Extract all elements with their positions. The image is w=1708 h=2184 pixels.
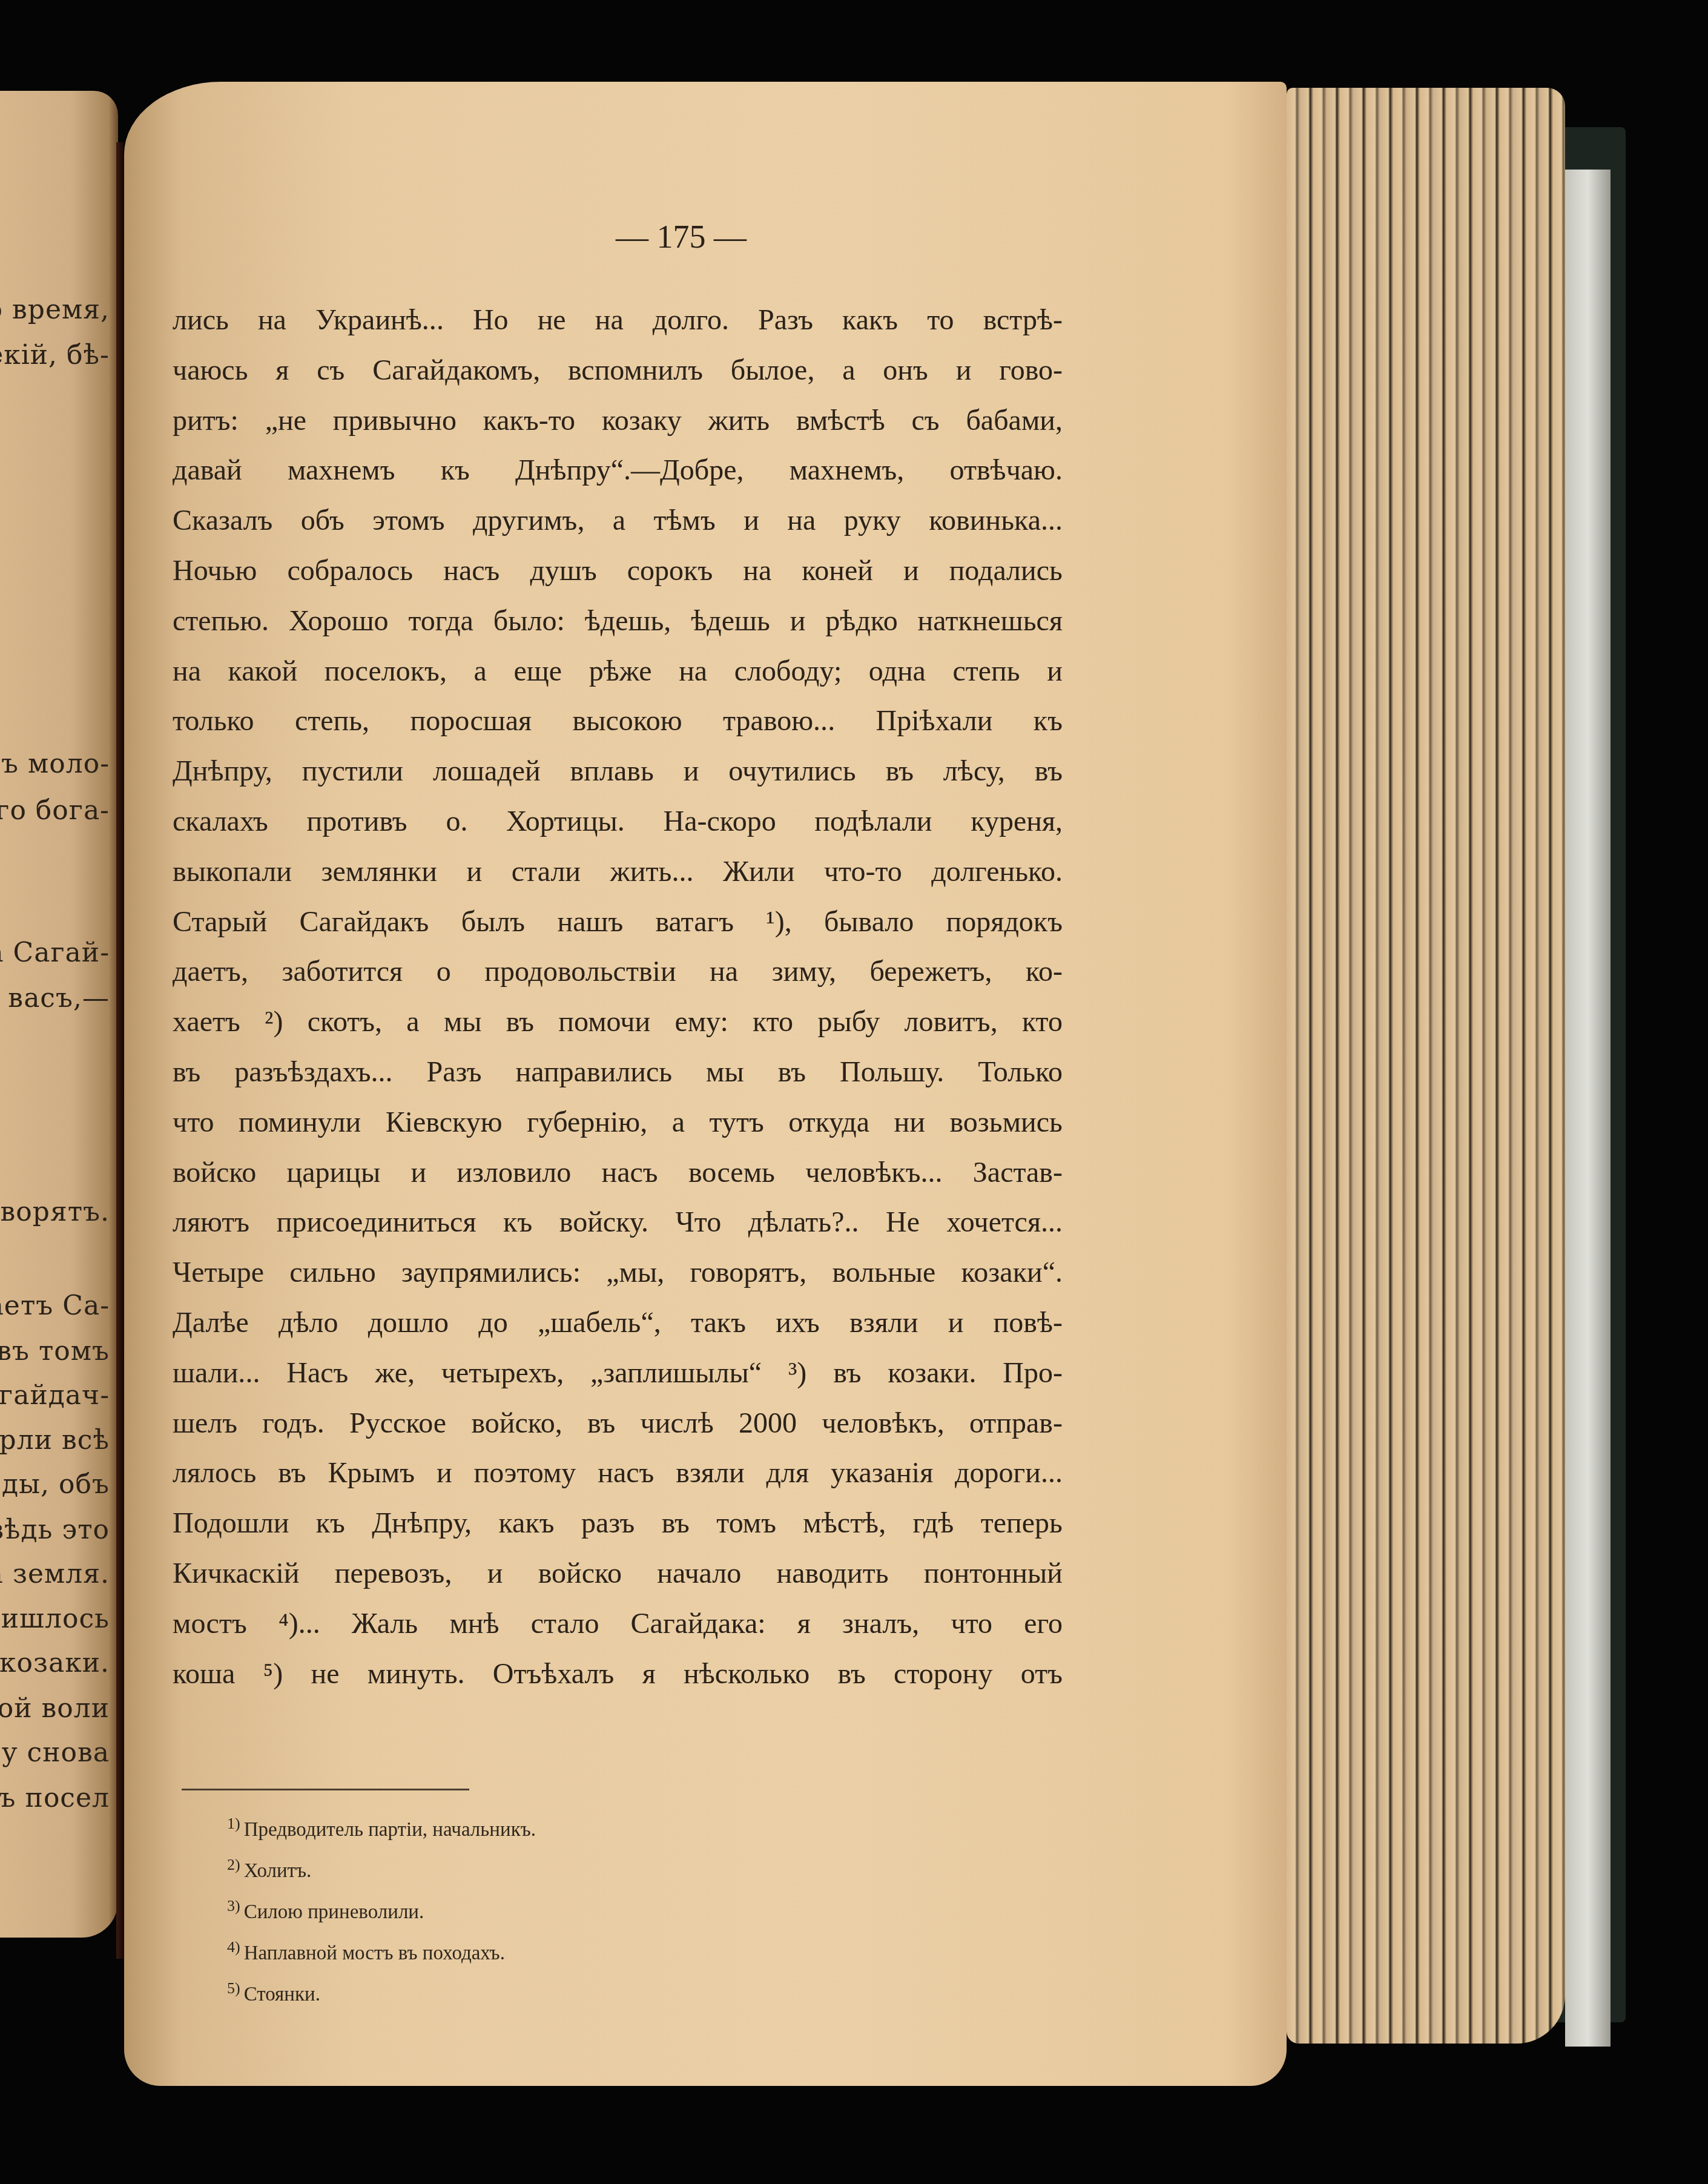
left-page-text-fragment: говорятъ.	[0, 1199, 110, 1226]
text-line: Сказалъ объ этомъ другимъ, а тѣмъ и на р…	[173, 495, 1063, 546]
footnote-item: 5)Стоянки.	[227, 1971, 536, 2012]
footnote-text: Холитъ.	[244, 1860, 312, 1882]
left-page-text-fragment: пришлось	[0, 1606, 110, 1632]
footnote-number: 2)	[227, 1856, 240, 1873]
left-page-text-fragment: Сагайдач-	[0, 1382, 110, 1409]
footnote-number: 5)	[227, 1979, 240, 1997]
text-line: чаюсь я съ Сагайдакомъ, вспомнилъ былое,…	[173, 345, 1063, 395]
cover-edge	[1565, 170, 1611, 2047]
text-line: выкопали землянки и стали жить... Жили ч…	[173, 846, 1063, 897]
page-number: — 175 —	[536, 218, 826, 256]
text-line: Ночью собралось насъ душъ сорокъ на коне…	[173, 546, 1063, 596]
left-page-text-fragment: ца Сагай-	[0, 940, 110, 966]
left-page-text-fragment: гого бога-	[0, 797, 110, 824]
text-line: мостъ ⁴)... Жаль мнѣ стало Сагайдака: я …	[173, 1598, 1063, 1649]
text-line: шелъ годъ. Русское войско, въ числѣ 2000…	[173, 1398, 1063, 1448]
text-line: ляютъ присоединиться къ войску. Что дѣла…	[173, 1197, 1063, 1247]
footnote-number: 3)	[227, 1897, 240, 1915]
book-gutter	[116, 142, 124, 1959]
left-page-text-fragment: ина земля.	[0, 1561, 110, 1588]
left-page: это время,цекій, бѣ-имъ моло-гого бога-ц…	[0, 91, 118, 1938]
text-line: Старый Сагайдакъ былъ нашъ ватагъ ¹), бы…	[173, 897, 1063, 947]
footnote-number: 1)	[227, 1815, 240, 1832]
left-page-text-fragment: цекій, бѣ-	[0, 342, 110, 369]
text-line: ритъ: „не привычно какъ-то козаку жить в…	[173, 395, 1063, 446]
text-line: Кичкаскій перевозъ, и войско начало наво…	[173, 1548, 1063, 1598]
text-line: давай махнемъ къ Днѣпру“.—Добре, махнемъ…	[173, 445, 1063, 495]
text-line: Подошли къ Днѣпру, какъ разъ въ томъ мѣс…	[173, 1498, 1063, 1548]
footnote-item: 2)Холитъ.	[227, 1847, 536, 1889]
left-page-text-fragment: мерли всѣ	[0, 1427, 110, 1454]
left-page-text-fragment: ь козаки.	[0, 1650, 110, 1677]
text-line: только степь, поросшая высокою травою...…	[173, 696, 1063, 746]
footnote-text: Наплавной мостъ въ походахъ.	[244, 1942, 505, 1964]
left-page-text-fragment: тягу снова	[0, 1740, 110, 1766]
text-line: шали... Насъ же, четырехъ, „заплишылы“ ³…	[173, 1348, 1063, 1398]
text-line: на какой поселокъ, а еще рѣже на слободу…	[173, 646, 1063, 696]
text-line: въ разъѣздахъ... Разъ направились мы въ …	[173, 1047, 1063, 1097]
footnotes: 1)Предводитель партіи, начальникъ.2)Холи…	[227, 1806, 536, 2012]
footnote-item: 4)Наплавной мостъ въ походахъ.	[227, 1930, 536, 1971]
text-line: Днѣпру, пустили лошадей вплавь и очутили…	[173, 746, 1063, 796]
text-line: даетъ, заботится о продовольствіи на зим…	[173, 946, 1063, 997]
footnote-text: Стоянки.	[244, 1984, 320, 2005]
text-line: что поминули Кіевскую губернію, а тутъ о…	[173, 1097, 1063, 1147]
left-page-text-fragment: наетъ Са-	[0, 1293, 110, 1319]
left-page-text-fragment: я васъ,—	[0, 985, 110, 1012]
right-page: — 175 — лись на Украинѣ... Но не на долг…	[124, 82, 1287, 2086]
text-line: войско царицы и изловило насъ восемь чел…	[173, 1147, 1063, 1198]
text-line: степью. Хорошо тогда было: ѣдешь, ѣдешь …	[173, 596, 1063, 646]
footnote-text: Предводитель партіи, начальникъ.	[244, 1819, 536, 1841]
body-text: лись на Украинѣ... Но не на долго. Разъ …	[173, 295, 1063, 1698]
left-page-text-fragment: это время,	[0, 297, 110, 323]
text-line: Далѣе дѣло дошло до „шабель“, такъ ихъ в…	[173, 1298, 1063, 1348]
text-line: хаетъ ²) скотъ, а мы въ помочи ему: кто …	[173, 997, 1063, 1047]
text-line: коша ⁵) не минуть. Отъѣхалъ я нѣсколько …	[173, 1649, 1063, 1699]
text-line: лялось въ Крымъ и поэтому насъ взяли для…	[173, 1448, 1063, 1498]
text-line: лись на Украинѣ... Но не на долго. Разъ …	[173, 295, 1063, 345]
footnote-text: Силою приневолили.	[244, 1901, 424, 1923]
left-page-text-fragment: мъ посел	[0, 1785, 110, 1812]
footnote-number: 4)	[227, 1938, 240, 1956]
left-page-text-fragment: имъ моло-	[0, 751, 110, 777]
left-page-text-fragment: той воли	[0, 1695, 110, 1722]
footnote-item: 1)Предводитель партіи, начальникъ.	[227, 1806, 536, 1847]
left-page-text-fragment: а вѣдь это	[0, 1517, 110, 1543]
footnote-item: 3)Силою приневолили.	[227, 1889, 536, 1930]
footnote-divider	[182, 1789, 469, 1790]
left-page-text-fragment: ь въ томъ	[0, 1338, 110, 1365]
left-page-text-fragment: лоды, объ	[0, 1471, 110, 1498]
book-fore-edge	[1287, 88, 1565, 2044]
text-line: Четыре сильно заупрямились: „мы, говорят…	[173, 1247, 1063, 1298]
text-line: скалахъ противъ о. Хортицы. На-скоро под…	[173, 796, 1063, 846]
